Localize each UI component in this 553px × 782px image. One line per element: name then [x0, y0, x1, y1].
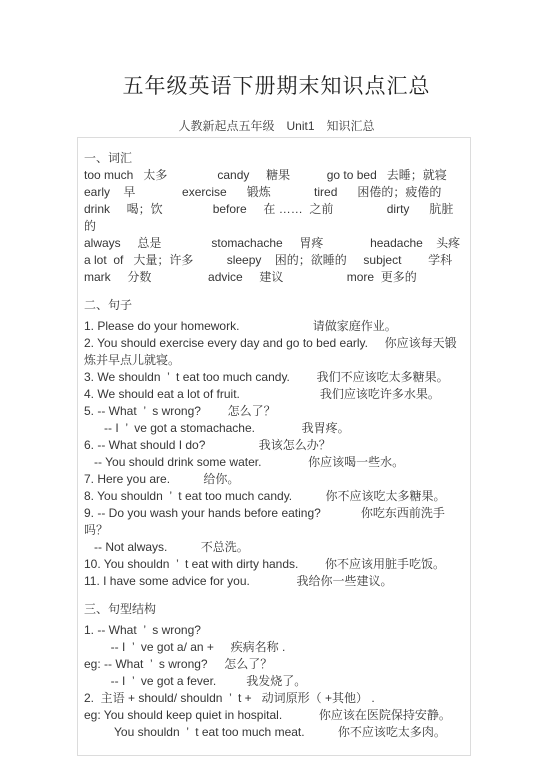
- pattern-line: eg: -- What ’ s wrong? 怎么了？: [84, 656, 464, 673]
- sentence-line: 11. I have some advice for you. 我给你一些建议。: [84, 573, 464, 590]
- vocab-section: 一、词汇 too much 太多 candy 糖果 go to bed 去睡；就…: [84, 150, 464, 286]
- patterns-section: 三、句型结构 1. -- What ’ s wrong? -- I ’ ve g…: [84, 601, 464, 741]
- sentence-line: 5. -- What ’ s wrong? 怎么了？: [84, 403, 464, 420]
- content-box: 一、词汇 too much 太多 candy 糖果 go to bed 去睡；就…: [77, 137, 471, 756]
- sentence-line: 10. You shouldn ’ t eat with dirty hands…: [84, 556, 464, 573]
- patterns-heading: 三、句型结构: [84, 601, 464, 618]
- vocab-row: too much 太多 candy 糖果 go to bed 去睡；就寝: [84, 167, 464, 184]
- sentence-line: -- You should drink some water. 你应该喝一些水。: [84, 454, 464, 471]
- pattern-line: 2. 主语 + should/ shouldn ’ t + 动词原形（ +其他）…: [84, 690, 464, 707]
- sentence-line: 8. You shouldn ’ t eat too much candy. 你…: [84, 488, 464, 505]
- pattern-line: You shouldn ’ t eat too much meat. 你不应该吃…: [84, 724, 464, 741]
- sentence-line: 6. -- What should I do? 我该怎么办？: [84, 437, 464, 454]
- sentences-section: 二、句子 1. Please do your homework. 请做家庭作业。…: [84, 297, 464, 590]
- sentence-line: 7. Here you are. 给你。: [84, 471, 464, 488]
- vocab-heading: 一、词汇: [84, 150, 464, 167]
- vocab-row: a lot of 大量；许多 sleepy 困的；欲睡的 subject 学科: [84, 252, 464, 269]
- sentences-heading: 二、句子: [84, 297, 464, 314]
- pattern-line: eg: You should keep quiet in hospital. 你…: [84, 707, 464, 724]
- pattern-line: -- I ’ ve got a fever. 我发烧了。: [84, 673, 464, 690]
- pattern-line: 1. -- What ’ s wrong?: [84, 622, 464, 639]
- section-gap: [84, 286, 464, 297]
- sentence-line: 1. Please do your homework. 请做家庭作业。: [84, 318, 464, 335]
- pattern-line: -- I ’ ve got a/ an + 疾病名称 .: [84, 639, 464, 656]
- page-title: 五年级英语下册期末知识点汇总: [0, 70, 553, 100]
- vocab-row: early 早 exercise 锻炼 tired 困倦的；疲倦的: [84, 184, 464, 201]
- sentence-line: -- Not always. 不总洗。: [84, 539, 464, 556]
- vocab-row: mark 分数 advice 建议 more 更多的: [84, 269, 464, 286]
- document-page: 五年级英语下册期末知识点汇总 人教新起点五年级 Unit1 知识汇总 一、词汇 …: [0, 0, 553, 782]
- sentence-line: 4. We should eat a lot of fruit. 我们应该吃许多…: [84, 386, 464, 403]
- sentence-line: 9. -- Do you wash your hands before eati…: [84, 505, 464, 539]
- section-gap: [84, 590, 464, 601]
- vocab-row: drink 喝；饮 before 在 …… 之前 dirty 肮脏的: [84, 201, 464, 235]
- page-subtitle: 人教新起点五年级 Unit1 知识汇总: [0, 117, 553, 134]
- sentence-line: 3. We shouldn ’ t eat too much candy. 我们…: [84, 369, 464, 386]
- vocab-row: always 总是 stomachache 胃疼 headache 头疼: [84, 235, 464, 252]
- sentence-line: -- I ’ ve got a stomachache. 我胃疼。: [84, 420, 464, 437]
- sentence-line: 2. You should exercise every day and go …: [84, 335, 464, 369]
